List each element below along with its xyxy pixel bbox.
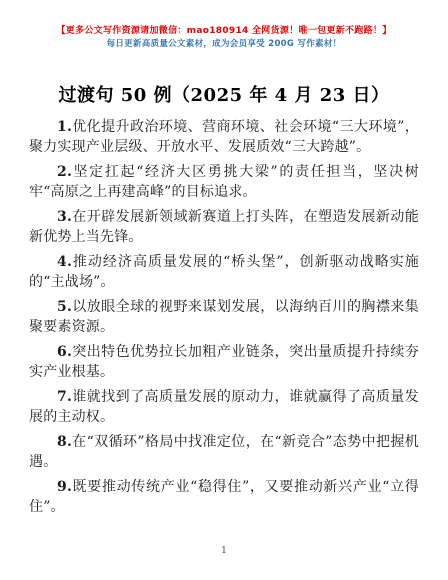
paragraph-text: 突出特色优势拉长加粗产业链条，突出量质提升持续夯实产业根基。 [29, 344, 419, 380]
paragraph-1: 1.优化提升政治环境、营商环境、社会环境“三大环境”，聚力实现产业层级、开放水平… [29, 118, 419, 157]
paragraph-9: 9.既要推动传统产业“稳得住”，又要推动新兴产业“立得住”。 [29, 478, 419, 517]
paragraph-text: 以放眼全球的视野来谋划发展，以海纳百川的胸襟来集聚要素资源。 [29, 299, 419, 335]
paragraph-text: 在“双循环”格局中找准定位，在“新竞合”态势中把握机遇。 [29, 434, 419, 470]
page-number: 1 [0, 546, 448, 556]
paragraph-8: 8.在“双循环”格局中找准定位，在“新竞合”态势中把握机遇。 [29, 433, 419, 472]
document-body: 1.优化提升政治环境、营商环境、社会环境“三大环境”，聚力实现产业层级、开放水平… [0, 107, 448, 517]
header-ad: 【更多公文写作资源请加微信：mao180914 全网货源！唯一包更新不跑路！】 … [0, 0, 448, 50]
paragraph-number: 8. [57, 434, 72, 450]
paragraph-text: 优化提升政治环境、营商环境、社会环境“三大环境”，聚力实现产业层级、开放水平、发… [29, 119, 419, 155]
ad-line-2: 每日更新高质量公文素材，成为会员享受 200G 写作素材！ [0, 38, 448, 50]
paragraph-text: 在开辟发展新领域新赛道上打头阵，在塑造发展新动能新优势上当先锋。 [29, 209, 419, 245]
paragraph-number: 9. [57, 479, 72, 495]
paragraph-text: 推动经济高质量发展的“桥头堡”，创新驱动战略实施的“主战场”。 [29, 254, 419, 290]
paragraph-number: 2. [57, 164, 72, 180]
paragraph-number: 3. [57, 209, 72, 225]
paragraph-number: 7. [57, 389, 72, 405]
ad-line-1: 【更多公文写作资源请加微信：mao180914 全网货源！唯一包更新不跑路！】 [0, 25, 448, 38]
paragraph-number: 4. [57, 254, 72, 270]
paragraph-7: 7.谁就找到了高质量发展的原动力，谁就赢得了高质量发展的主动权。 [29, 388, 419, 427]
paragraph-number: 1. [57, 119, 72, 135]
page-title: 过渡句 50 例（2025 年 4 月 23 日） [0, 81, 448, 107]
paragraph-number: 5. [57, 299, 72, 315]
paragraph-4: 4.推动经济高质量发展的“桥头堡”，创新驱动战略实施的“主战场”。 [29, 253, 419, 292]
paragraph-2: 2.坚定扛起“经济大区勇挑大梁”的责任担当，坚决树牢“高原之上再建高峰”的目标追… [29, 163, 419, 202]
paragraph-6: 6.突出特色优势拉长加粗产业链条，突出量质提升持续夯实产业根基。 [29, 343, 419, 382]
paragraph-text: 既要推动传统产业“稳得住”，又要推动新兴产业“立得住”。 [29, 479, 419, 515]
paragraph-3: 3.在开辟发展新领域新赛道上打头阵，在塑造发展新动能新优势上当先锋。 [29, 208, 419, 247]
paragraph-text: 谁就找到了高质量发展的原动力，谁就赢得了高质量发展的主动权。 [29, 389, 419, 425]
document-page: 【更多公文写作资源请加微信：mao180914 全网货源！唯一包更新不跑路！】 … [0, 0, 448, 580]
paragraph-number: 6. [57, 344, 72, 360]
paragraph-5: 5.以放眼全球的视野来谋划发展，以海纳百川的胸襟来集聚要素资源。 [29, 298, 419, 337]
paragraph-text: 坚定扛起“经济大区勇挑大梁”的责任担当，坚决树牢“高原之上再建高峰”的目标追求。 [29, 164, 419, 200]
